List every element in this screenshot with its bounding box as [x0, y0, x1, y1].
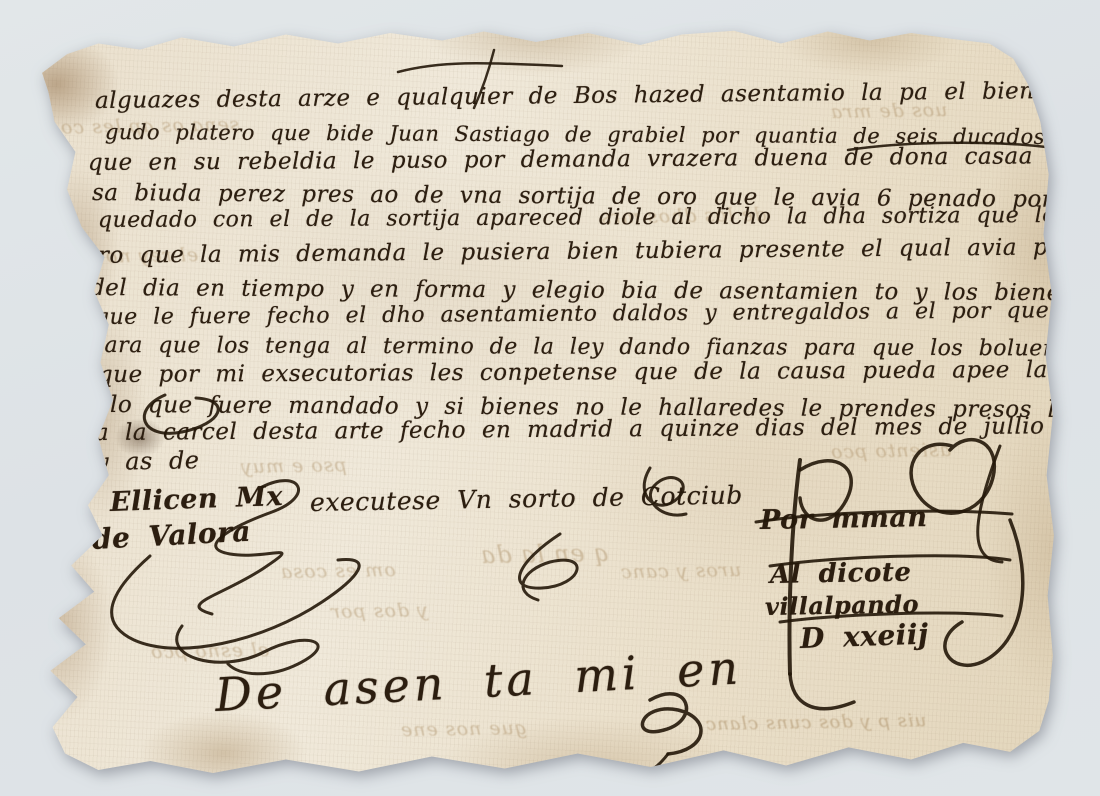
manuscript-line: que en su rebeldia le puso por demanda v… [88, 142, 1100, 176]
bleedthrough-text: pso e muy [240, 454, 347, 478]
manuscript-line: juro que la mis demanda le pusiera bien … [75, 233, 1100, 269]
signature-left-name: Ellicen Mx [109, 481, 283, 518]
bleedthrough-text: asiento pco [830, 439, 951, 463]
signature-right-line3: villalpando [765, 589, 920, 621]
bleedthrough-text: y dos por [330, 599, 428, 623]
right-rubric-loop [945, 520, 1023, 665]
execution-order-line: executese Vn sorto de Cotciub [310, 480, 743, 517]
bleedthrough-text: gue nos ene [400, 717, 527, 741]
invocation-cross-swash [398, 63, 562, 72]
signature-left-surname: de Valora [91, 515, 252, 556]
right-rubric-tail [790, 674, 854, 709]
bleedthrough-text: q en la da [480, 539, 610, 569]
bleedthrough-text: uros y canc [620, 559, 742, 583]
signature-right-line2: Al dicote [770, 558, 912, 590]
paper: sena os ap les co uos de mra el rey no s… [15, 24, 1057, 776]
docket-line: De asen ta mi en [214, 640, 744, 722]
bleedthrough-text: om es cosa [280, 559, 396, 583]
docket-flourish-tail [630, 754, 668, 773]
manuscript-line: quedado con el de la sortija apareced di… [98, 203, 1100, 233]
manuscript-line: y as de [95, 446, 200, 476]
bleedthrough-text: el esno pco [150, 639, 270, 663]
manuscript-line: alguazes desta arze e qualquier de Bos h… [95, 77, 1100, 114]
photo-background: { "scene": { "background_color": "#dde2e… [0, 0, 1100, 796]
bleedthrough-bottom-line: uis p y dos cuns clanc [705, 710, 927, 735]
manuscript-line: que por mi exsecutorias les conpetense q… [98, 357, 1100, 388]
right-rubric-loop [978, 446, 1002, 562]
signature-right-line1: Por mman [760, 502, 928, 536]
signature-right-line4: D xxeiij [799, 618, 929, 655]
manuscript-line: que le fuere fecho el dho asentamiento d… [95, 298, 1100, 330]
docket-flourish [642, 694, 701, 754]
manuscript-photo: sena os ap les co uos de mra el rey no s… [15, 24, 1057, 776]
